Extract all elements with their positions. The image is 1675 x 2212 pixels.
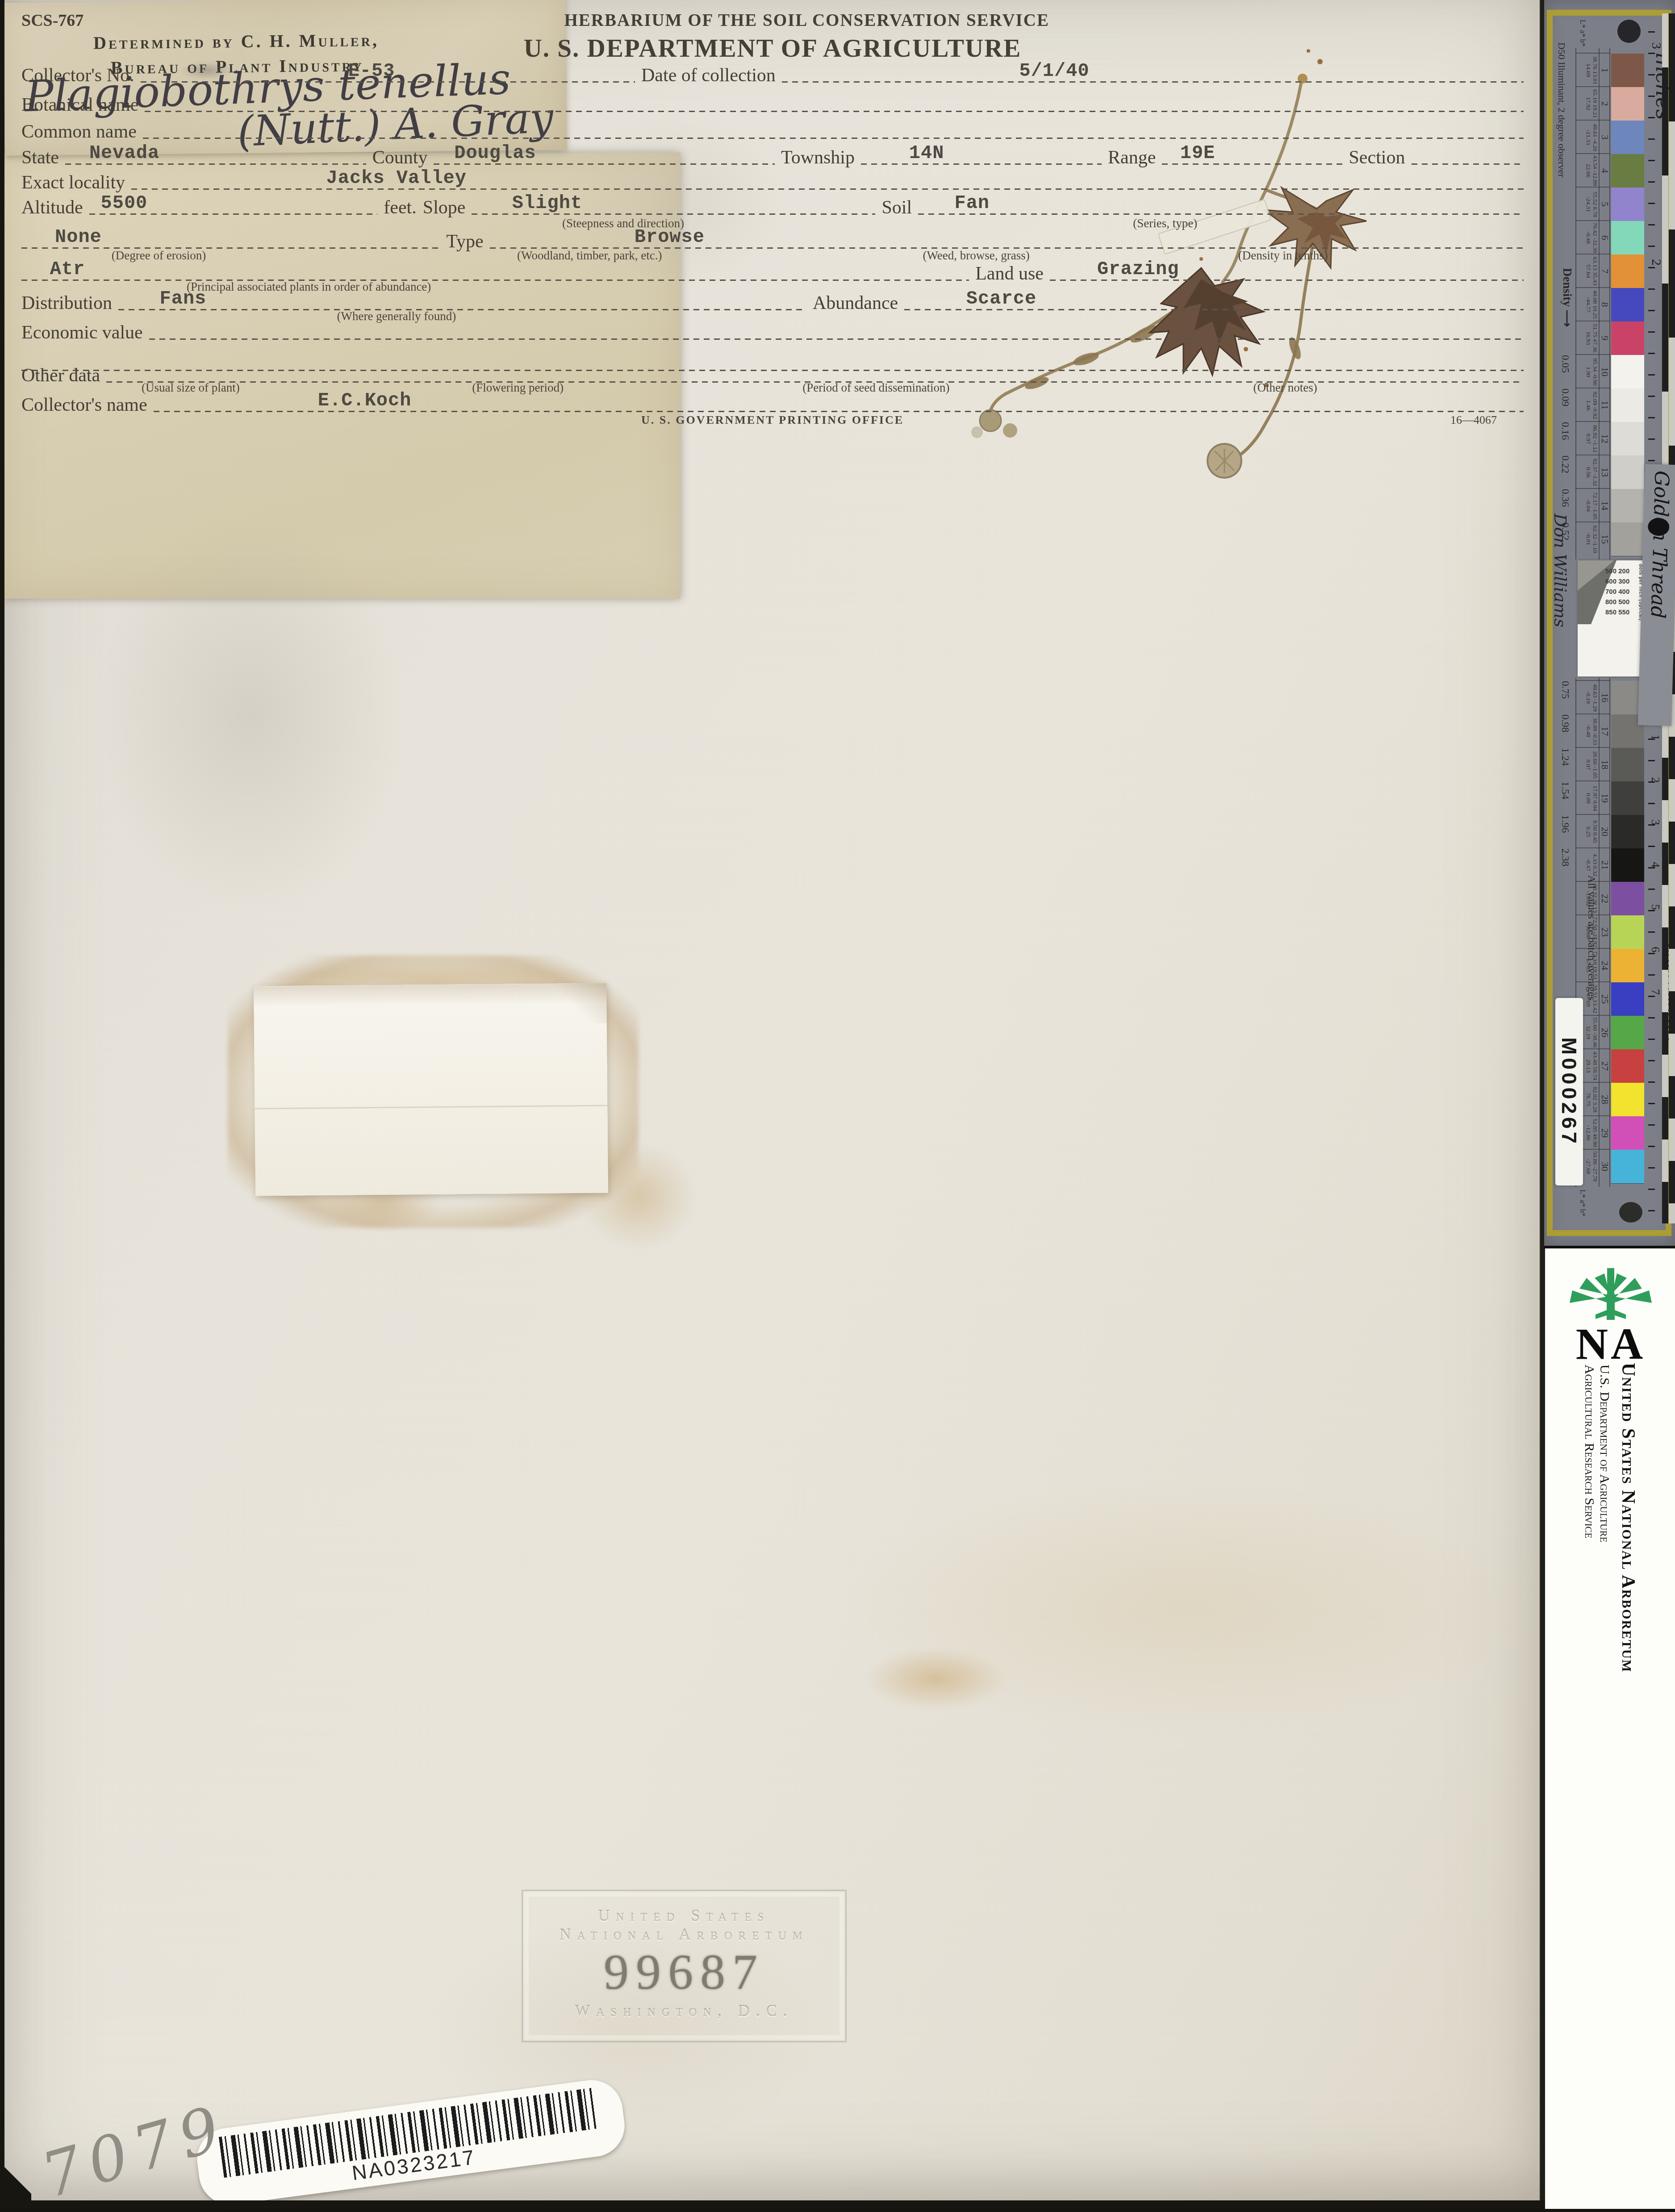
patch-label-11: 1192.09 -0.92 1.46 — [1576, 388, 1610, 422]
altitude-value: 5500 — [100, 194, 147, 213]
scs-collection-form[interactable]: SCS-767 HERBARIUM OF THE SOIL CONSERVATI… — [4, 153, 681, 599]
paper-stain — [848, 1482, 1518, 1732]
table-row-rule — [1575, 354, 1610, 355]
patch-label-10: 1095.34 -0.90 1.90 — [1576, 355, 1610, 388]
altitude-field[interactable]: 5500 — [89, 196, 378, 217]
ruler-tick — [1648, 803, 1655, 804]
density-value: 1.54 — [1559, 781, 1571, 799]
density-value: 0.36 — [1559, 489, 1571, 507]
density-value: 0.75 — [1559, 681, 1571, 699]
date-label: Date of collection — [641, 66, 776, 85]
feet-label: feet. — [384, 198, 416, 217]
common-field[interactable] — [143, 120, 1524, 141]
slope-field[interactable]: Slight — [472, 196, 875, 217]
other-hint-4: (Other notes) — [1253, 382, 1317, 394]
state-label: State — [21, 148, 59, 167]
range-value: 19E — [1180, 144, 1216, 163]
state-field[interactable]: Nevada — [65, 146, 366, 167]
patch-label-15: 1562.32 -1.10 -0.01 — [1576, 522, 1610, 556]
color-patch-7 — [1611, 255, 1644, 288]
patch-label-19: 1917.97 0.04 0.09 — [1576, 781, 1610, 815]
form-title-2: U. S. DEPARTMENT OF AGRICULTURE — [524, 36, 1022, 61]
color-patch-column-lower — [1611, 681, 1644, 1183]
table-row-rule — [1575, 814, 1610, 815]
table-row-rule — [1575, 714, 1610, 714]
altitude-label: Altitude — [21, 198, 83, 217]
packet-corner-fold — [553, 983, 607, 1024]
collector-name-field[interactable]: E.C.Koch — [154, 393, 1524, 414]
table-row-rule — [1575, 914, 1610, 915]
collectors-no-field[interactable]: E-53 — [141, 63, 635, 85]
registration-dot-bottom — [1619, 1202, 1642, 1223]
ruler-tick — [1648, 203, 1655, 204]
ruler-tick — [1648, 117, 1655, 118]
cm-mark-label: 4 — [1649, 862, 1662, 868]
embossed-stamp: United States National Arboretum 99687 W… — [522, 1890, 847, 2042]
section-field[interactable] — [1412, 146, 1524, 167]
economic-row: Economic value — [21, 321, 1524, 342]
ruler-tick — [1648, 974, 1655, 976]
range-label: Range — [1108, 148, 1156, 167]
brand-script: Golden Thread — [1643, 470, 1673, 721]
color-patch-18 — [1611, 748, 1644, 781]
patch-label-23: 2372.50 -27.92 56.08 — [1576, 915, 1610, 949]
ruler-tick — [1648, 996, 1655, 997]
patch-label-4: 443.54 -12.89 22.66 — [1576, 154, 1610, 188]
ruler-tick — [1648, 438, 1655, 440]
ruler-tick — [1648, 246, 1655, 247]
type-value: Browse — [635, 228, 705, 246]
ruler-tick — [1648, 1103, 1655, 1104]
color-patch-1 — [1611, 54, 1644, 87]
erosion-hints-row: (Degree of erosion) (Woodland, timber, p… — [21, 248, 1524, 262]
color-patch-12 — [1611, 422, 1644, 455]
density-value: 0.05 — [1559, 355, 1571, 373]
table-row-rule — [1575, 254, 1610, 255]
common-label: Common name — [21, 122, 137, 141]
color-patch-21 — [1611, 848, 1644, 882]
collectors-no-label: Collector's No. — [21, 66, 134, 85]
color-patch-10 — [1611, 355, 1644, 388]
cm-mark-label: 5 — [1649, 904, 1662, 910]
color-patch-25 — [1611, 982, 1644, 1016]
patch-label-20: 209.50 0.45 0.25 — [1576, 815, 1610, 848]
color-patch-3 — [1611, 121, 1644, 154]
patch-label-3: 349.61 -4.20 -21.33 — [1576, 121, 1610, 154]
density-value: 2.38 — [1559, 848, 1571, 866]
org-service-vertical: Agricultural Research Service — [1582, 1365, 1597, 1538]
accession-number: 99687 — [523, 1944, 845, 2001]
associated-value: Atr — [50, 260, 85, 279]
patch-label-12: 1286.92 -1.12 0.97 — [1576, 422, 1610, 455]
patch-label-2: 265.19 19.21 17.92 — [1576, 87, 1610, 121]
table-row-rule — [1575, 388, 1610, 388]
color-patch-15 — [1611, 522, 1644, 556]
patch-label-16: 1649.63 -1.29 -0.10 — [1576, 681, 1610, 714]
township-field[interactable]: 14N — [861, 146, 1102, 167]
collectors-no-value: E-53 — [348, 62, 395, 80]
other-hint-3: (Period of seed dissemination) — [802, 382, 949, 394]
table-row-rule — [1575, 287, 1610, 288]
abundance-value: Scarce — [966, 289, 1036, 308]
collector-name-label: Collector's name — [21, 396, 147, 414]
embossed-line3: Washington, D.C. — [523, 2001, 845, 2020]
patch-label-5: 555.52 8.78 -24.31 — [1576, 188, 1610, 221]
state-county-row: State Nevada County Douglas Township 14N… — [21, 146, 1524, 167]
cm-mark-label: 3 — [1649, 819, 1662, 825]
soil-value: Fan — [954, 194, 990, 213]
scan-edge-left — [0, 0, 4, 2209]
type-hint-2: (Weed, browse, grass) — [923, 250, 1029, 262]
lab-header-bottom: L* a* b* — [1578, 1189, 1587, 1216]
botanical-field[interactable] — [145, 93, 1524, 114]
state-value: Nevada — [89, 144, 159, 163]
density-value: 0.09 — [1559, 388, 1571, 406]
date-value: 5/1/40 — [1019, 62, 1089, 80]
cm-mark-label: 1 — [1649, 735, 1662, 740]
resolution-test-target: dots per inch (optical) 500 200600 30070… — [1578, 560, 1645, 676]
arboretum-monogram: NA — [1564, 1318, 1658, 1369]
ruler-tick — [1648, 160, 1655, 161]
county-value: Douglas — [454, 144, 536, 163]
ruler-tick — [1648, 910, 1655, 911]
ruler-tick — [1648, 138, 1655, 140]
inch-mark-label: 3 — [1649, 42, 1664, 49]
dpi-pair: 850 550 — [1605, 609, 1629, 616]
table-row-rule — [1575, 321, 1610, 321]
table-row-rule — [1575, 220, 1610, 221]
collector-name-value: E.C.Koch — [318, 391, 412, 410]
date-field[interactable]: 5/1/40 — [782, 63, 1524, 85]
section-label: Section — [1349, 148, 1405, 167]
botanical-label: Botanical name — [21, 96, 138, 114]
table-row-rule — [1575, 881, 1610, 882]
accession-label-text: M000267 — [1557, 1037, 1582, 1147]
erosion-field[interactable]: None — [21, 230, 440, 251]
ruler-tick — [1648, 1189, 1655, 1190]
density-label: Density ⟶ — [1560, 268, 1574, 327]
barcode-label[interactable]: NA0323217 — [193, 2076, 628, 2208]
table-row-rule — [1575, 455, 1610, 455]
color-patch-2 — [1611, 87, 1644, 121]
form-print-code: 16—4067 — [1450, 414, 1497, 426]
embossed-line1: United States — [523, 1906, 845, 1925]
slope-label: Slope — [423, 198, 466, 217]
table-row-rule — [1575, 421, 1610, 422]
ruler-tick — [1648, 953, 1655, 954]
erosion-type-row: None Type Browse — [21, 230, 1524, 251]
color-patch-13 — [1611, 455, 1644, 489]
ruler-tick — [1648, 1124, 1655, 1126]
ruler-tick — [1648, 53, 1655, 54]
ruler-tick — [1648, 181, 1655, 183]
color-patch-11 — [1611, 388, 1644, 422]
density-value: 0.52 — [1559, 522, 1571, 540]
cm-mark-label: 7 — [1649, 989, 1662, 995]
ruler-tick — [1648, 288, 1655, 290]
specimen-packet[interactable] — [254, 983, 608, 1196]
dpi-numbers: 500 200600 300700 400800 500850 550 — [1605, 565, 1629, 619]
patch-label-22: 2230.32 22.13 -19.02 — [1576, 882, 1610, 915]
color-patch-20 — [1611, 815, 1644, 848]
other-hint-2: (Flowering period) — [472, 382, 564, 394]
erosion-hint: (Degree of erosion) — [112, 250, 206, 262]
patch-label-13: 1382.37 -1.32 0.56 — [1576, 455, 1610, 489]
ruler-tick — [1648, 1167, 1655, 1169]
soil-hint: (Series, type) — [1133, 217, 1197, 230]
erosion-value: None — [55, 228, 102, 246]
illuminant-note: D50 Illuminant, 2 degree observer — [1556, 42, 1567, 177]
cm-mark-label: 2 — [1649, 777, 1662, 783]
soil-label: Soil — [881, 198, 912, 217]
patch-label-9: 951.75 47.36 16.93 — [1576, 321, 1610, 355]
table-row-rule — [1575, 847, 1610, 848]
range-field[interactable]: 19E — [1162, 146, 1342, 167]
patch-label-7: 763.13 35.43 57.64 — [1576, 255, 1610, 288]
form-number: SCS-767 — [21, 12, 84, 29]
dpi-pair: 800 500 — [1605, 598, 1629, 606]
org-dept-vertical: U.S. Department of Agriculture — [1597, 1365, 1612, 1542]
color-patch-column-upper — [1611, 54, 1644, 556]
county-label: County — [372, 148, 428, 167]
locality-row: Exact locality Jacks Valley — [21, 171, 1524, 192]
patch-label-24: 2472.10 19.51 67.85 — [1576, 949, 1610, 982]
ruler-tick — [1648, 396, 1655, 397]
table-row-rule — [1575, 187, 1610, 188]
other-hint-1: (Usual size of plant) — [142, 382, 240, 394]
ruler-tick — [1648, 760, 1655, 761]
ruler-tick — [1648, 74, 1655, 75]
density-value: 0.98 — [1559, 714, 1571, 732]
org-name-vertical: United States National Arboretum — [1617, 1363, 1639, 1673]
landuse-value: Grazing — [1097, 260, 1179, 279]
embossed-line2: National Arboretum — [523, 1925, 845, 1944]
ruler-tick — [1648, 1210, 1655, 1211]
ruler-tick — [1648, 417, 1655, 418]
color-patch-9 — [1611, 321, 1644, 355]
table-row-rule — [1575, 488, 1610, 489]
ruler-tick — [1648, 1060, 1655, 1061]
density-value: 0.22 — [1559, 455, 1571, 473]
ruler-tick — [1648, 267, 1655, 268]
patch-label-14: 1472.17 -1.05 -0.04 — [1576, 489, 1610, 522]
ruler-tick — [1648, 1081, 1655, 1083]
density-value: 1.24 — [1559, 748, 1571, 766]
township-label: Township — [781, 148, 855, 167]
distribution-value: Fans — [159, 289, 206, 308]
packet-crease — [255, 1105, 607, 1109]
lab-header-top: L* a* b* — [1578, 20, 1587, 46]
soil-field[interactable]: Fan — [918, 196, 1524, 217]
ink-smudge — [180, 62, 234, 79]
form-title-row: U. S. DEPARTMENT OF AGRICULTURE — [21, 36, 1524, 61]
botanical-name-row: Botanical name — [21, 93, 1524, 114]
type-field[interactable]: Browse — [490, 230, 1524, 251]
type-hint-3: (Density in tenths) — [1238, 250, 1328, 262]
color-patch-30 — [1611, 1150, 1644, 1183]
form-footer-row: U. S. GOVERNMENT PRINTING OFFICE 16—4067 — [21, 414, 1524, 426]
dpi-pair: 700 400 — [1605, 588, 1629, 596]
other-hints-row: (Usual size of plant) (Flowering period)… — [21, 380, 1524, 394]
locality-field[interactable]: Jacks Valley — [131, 171, 1524, 192]
patch-label-6: 670.42 -32.39 -0.48 — [1576, 221, 1610, 255]
patch-label-18: 1828.60 -1.05 0.07 — [1576, 748, 1610, 781]
ruler-tick — [1648, 889, 1655, 890]
color-patch-23 — [1611, 915, 1644, 949]
color-patch-6 — [1611, 221, 1644, 255]
economic-label: Economic value — [21, 323, 143, 342]
color-patch-24 — [1611, 949, 1644, 982]
altitude-hints-row: (Steepness and direction) (Series, type) — [21, 216, 1524, 230]
table-row-rule — [1575, 86, 1610, 87]
arboretum-tree-icon — [1564, 1266, 1658, 1320]
color-patch-28 — [1611, 1083, 1644, 1116]
patch-label-17: 1738.89 -0.33 -0.48 — [1576, 714, 1610, 748]
ruler-tick — [1648, 1017, 1655, 1018]
form-title-1: HERBARIUM OF THE SOIL CONSERVATION SERVI… — [90, 12, 1524, 29]
scan-edge-bottom — [0, 2200, 1545, 2209]
color-patch-29 — [1611, 1116, 1644, 1150]
collector-name-row: Collector's name E.C.Koch — [21, 393, 1524, 414]
color-patch-27 — [1611, 1049, 1644, 1083]
color-patch-19 — [1611, 781, 1644, 815]
collector-number-row: Collector's No. E-53 Date of collection … — [21, 63, 1524, 85]
calibration-target: D50 Illuminant, 2 degree observer Densit… — [1544, 0, 1675, 1246]
glue-stain — [864, 1648, 1007, 1710]
inch-mark-label: 2 — [1649, 259, 1664, 266]
color-patch-22 — [1611, 882, 1644, 915]
locality-value: Jacks Valley — [326, 169, 467, 188]
ruler-checker — [1662, 652, 1668, 1223]
form-header-row: SCS-767 HERBARIUM OF THE SOIL CONSERVATI… — [21, 12, 1524, 29]
economic-field[interactable] — [149, 321, 1524, 342]
table-row-rule — [1575, 153, 1610, 154]
accession-label[interactable]: M000267 — [1555, 998, 1583, 1185]
patch-label-21: 214.33 0.32 -0.47 — [1576, 848, 1610, 882]
slope-value: Slight — [512, 194, 582, 213]
color-patch-4 — [1611, 154, 1644, 188]
type-hint-1: (Woodland, timber, park, etc.) — [517, 250, 662, 262]
ruler-tick — [1648, 96, 1655, 97]
table-row-rule — [1575, 120, 1610, 121]
patch-label-8: 840.08 10.25 -44.77 — [1576, 288, 1610, 321]
ruler-tick — [1648, 846, 1655, 847]
common-name-row: Common name — [21, 120, 1524, 141]
registration-dot-top — [1617, 20, 1641, 43]
ruler-tick — [1648, 310, 1655, 311]
dpi-pair: 500 200 — [1605, 568, 1629, 575]
table-row-rule — [1575, 780, 1610, 781]
cm-mark-label: 6 — [1649, 947, 1662, 952]
ruler-tick — [1648, 460, 1655, 461]
table-row-rule — [1575, 680, 1610, 681]
township-value: 14N — [909, 144, 944, 163]
ruler-tick — [1648, 331, 1655, 333]
ruler-tick — [1648, 374, 1655, 376]
herbarium-sheet: Determined by C. H. Muller, Bureau of Pl… — [4, 0, 1541, 2200]
table-row-rule — [1575, 53, 1610, 54]
scan-corner — [0, 2157, 31, 2209]
ruler-tick — [1648, 931, 1655, 933]
county-field[interactable]: Douglas — [434, 146, 775, 167]
dpi-pair: 600 300 — [1605, 578, 1629, 585]
ruler-tick — [1648, 353, 1655, 354]
density-value: 0.16 — [1559, 422, 1571, 440]
table-row-rule — [1575, 981, 1610, 982]
color-patch-5 — [1611, 188, 1644, 221]
table-row-rule — [1575, 948, 1610, 949]
color-patch-8 — [1611, 288, 1644, 321]
ruler-tick — [1648, 31, 1655, 33]
table-row-rule — [1575, 522, 1610, 522]
table-row-rule — [1575, 747, 1610, 748]
ruler-tick — [1648, 224, 1655, 225]
color-patch-14 — [1611, 489, 1644, 522]
locality-label: Exact locality — [21, 173, 125, 192]
density-value: 1.96 — [1559, 815, 1571, 833]
ruler-tick — [1648, 1039, 1655, 1040]
ruler-checker — [1669, 652, 1675, 1223]
altitude-row: Altitude 5500 feet. Slope Slight Soil Fa… — [21, 196, 1524, 217]
ruler-tick — [1648, 1146, 1655, 1147]
gpo-footer: U. S. GOVERNMENT PRINTING OFFICE — [21, 414, 1524, 426]
color-patch-26 — [1611, 1016, 1644, 1049]
patch-label-1: 138.76 13.81 14.69 — [1576, 54, 1610, 87]
